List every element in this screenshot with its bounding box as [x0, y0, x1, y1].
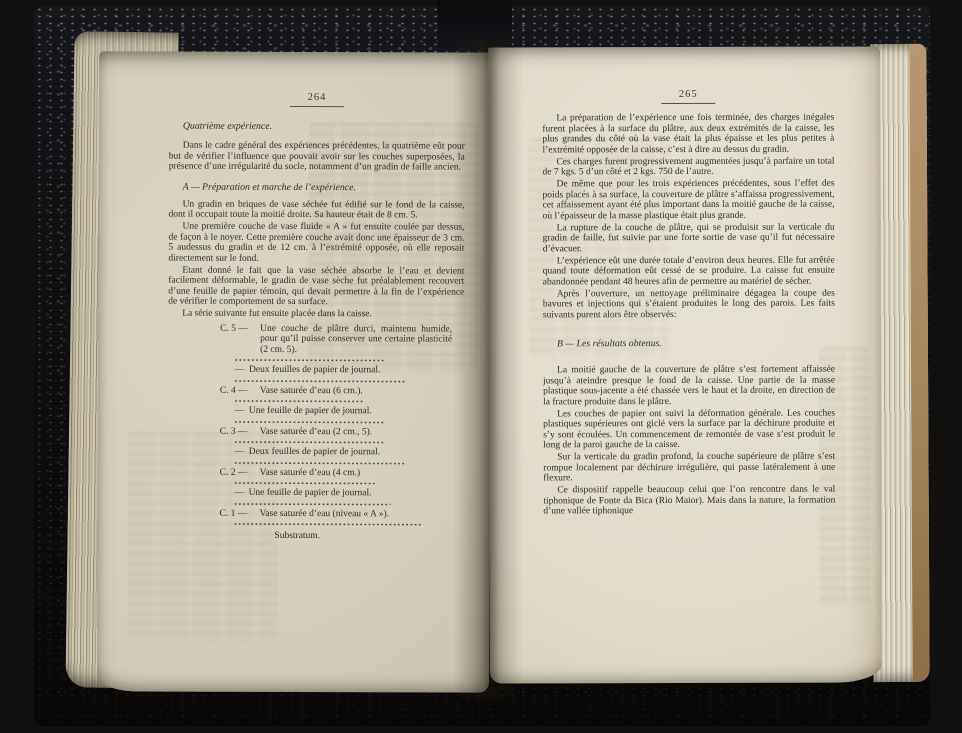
page-number: 265 [542, 89, 834, 101]
layer-row: — Deux feuilles de papier de journal. [235, 365, 452, 376]
layer-row: C. 4 — Vase saturée d’eau (6 cm.). [220, 385, 452, 396]
paragraph: L’expérience eût une durée totale d’envi… [543, 255, 835, 287]
dotted-separator [235, 400, 363, 403]
deckle-edge [909, 44, 929, 682]
page-right: 265 La préparation de l’expérience une f… [488, 46, 882, 683]
layer-text: Vase saturée d’eau (2 cm., 5). [260, 426, 452, 437]
page-number-rule [661, 103, 715, 104]
page-number: 264 [169, 92, 465, 104]
layer-label: — [235, 365, 249, 376]
paragraph: De même que pour les trois expériences p… [543, 179, 835, 222]
layer-label: C. 2 — [220, 467, 260, 478]
layer-text: Une couche de plâtre durci, maintenu hum… [260, 323, 452, 355]
book-photo: 264 Quatrième expérience. Dans le cadre … [0, 0, 962, 733]
dotted-separator [235, 461, 405, 465]
dotted-separator [235, 359, 385, 363]
layer-label: — [235, 488, 249, 499]
paragraph: Ces charges furent progressivement augme… [542, 156, 834, 178]
layer-label: C. 3 — [220, 426, 260, 437]
paragraph: Un gradin en briques de vase séchée fut … [169, 199, 465, 221]
dotted-separator [234, 523, 422, 527]
page-number-rule [290, 106, 344, 107]
paragraph: Après l’ouverture, un nettoyage prélimin… [543, 288, 835, 320]
paragraph: La préparation de l’expérience une fois … [542, 113, 834, 156]
layer-text: Une feuille de papier de journal. [249, 488, 452, 499]
dotted-separator [235, 379, 405, 383]
layer-text: Deux feuilles de papier de journal. [249, 365, 452, 376]
layer-label: C. 5 — [220, 323, 260, 355]
dotted-separator [235, 502, 391, 506]
layer-label: — [235, 447, 249, 458]
dotted-separator [235, 420, 385, 424]
paragraph: Les couches de papier ont suivi la défor… [543, 408, 835, 451]
layer-row: — Une feuille de papier de journal. [235, 406, 452, 417]
layer-row: C. 2 — Vase saturée d’eau (4 cm.) [220, 467, 452, 478]
section-heading-b: B — Les résultats obtenus. [557, 338, 835, 350]
layer-text: Vase saturée d’eau (6 cm.). [260, 385, 452, 396]
layer-text: Vase saturée d’eau (niveau « A »). [259, 508, 451, 519]
dotted-separator [235, 482, 375, 485]
layer-row: — Une feuille de papier de journal. [235, 488, 452, 499]
paragraph: Une première couche de vase fluide « A »… [168, 222, 464, 265]
layer-list: C. 5 — Une couche de plâtre durci, maint… [219, 323, 452, 541]
paragraph: La rupture de la couche de plâtre, qui s… [543, 222, 835, 254]
layer-label: — [235, 406, 249, 417]
dotted-separator [235, 441, 385, 445]
paragraph: La moitié gauche de la couverture de plâ… [543, 365, 835, 408]
layer-label: C. 1 — [219, 508, 259, 519]
section-heading-a: A — Préparation et marche de l’expérienc… [183, 181, 465, 193]
layer-row: C. 1 — Vase saturée d’eau (niveau « A »)… [219, 508, 451, 519]
layer-row: — Deux feuilles de papier de journal. [235, 447, 452, 458]
paragraph: Ce dispositif rappelle beaucoup celui qu… [543, 485, 835, 517]
paragraph: Dans le cadre général des expériences pr… [169, 141, 465, 174]
layer-text: Une feuille de papier de journal. [249, 406, 452, 417]
layer-row: C. 3 — Vase saturée d’eau (2 cm., 5). [220, 426, 452, 437]
substratum-label: Substratum. [274, 531, 451, 542]
layer-label: C. 4 — [220, 385, 260, 396]
page-left: 264 Quatrième expérience. Dans le cadre … [97, 51, 491, 692]
experiment-heading: Quatrième expérience. [183, 121, 465, 133]
paragraph: La série suivante fut ensuite placée dan… [168, 309, 464, 321]
layer-text: Deux feuilles de papier de journal. [249, 447, 452, 458]
layer-row: C. 5 — Une couche de plâtre durci, maint… [220, 323, 452, 355]
paragraph: Sur la verticale du gradin profond, la c… [543, 452, 835, 484]
paragraph: Etant donné le fait que la vase séchée a… [168, 265, 464, 308]
layer-text: Vase saturée d’eau (4 cm.) [260, 467, 452, 478]
